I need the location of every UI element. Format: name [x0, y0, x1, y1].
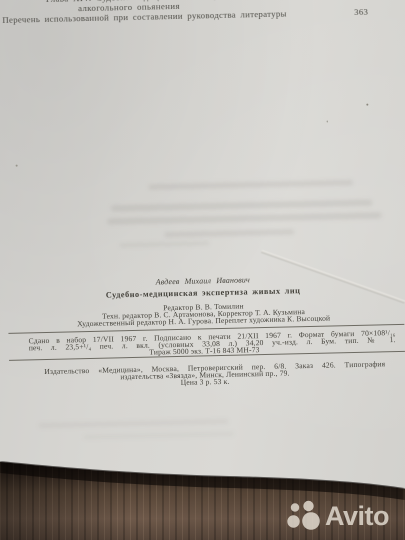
paper-speck	[327, 121, 328, 123]
book-page: Глава XIV. Судебно-медицинская экспертиз…	[0, 0, 405, 496]
book-page-photo: Глава XIV. Судебно-медицинская экспертиз…	[0, 0, 405, 540]
toc-entry-row: Перечень использованной при составлении …	[2, 7, 368, 25]
paper-speck	[366, 104, 368, 106]
avito-logo-icon	[286, 500, 320, 532]
page-content: Глава XIV. Судебно-медицинская экспертиз…	[0, 0, 405, 496]
avito-watermark: Avito	[286, 497, 389, 535]
toc-entry-label: Перечень использованной при составлении …	[2, 8, 287, 24]
toc-page-number: 363	[354, 7, 368, 17]
avito-watermark-text: Avito	[325, 503, 389, 530]
paper-speck	[16, 165, 18, 167]
